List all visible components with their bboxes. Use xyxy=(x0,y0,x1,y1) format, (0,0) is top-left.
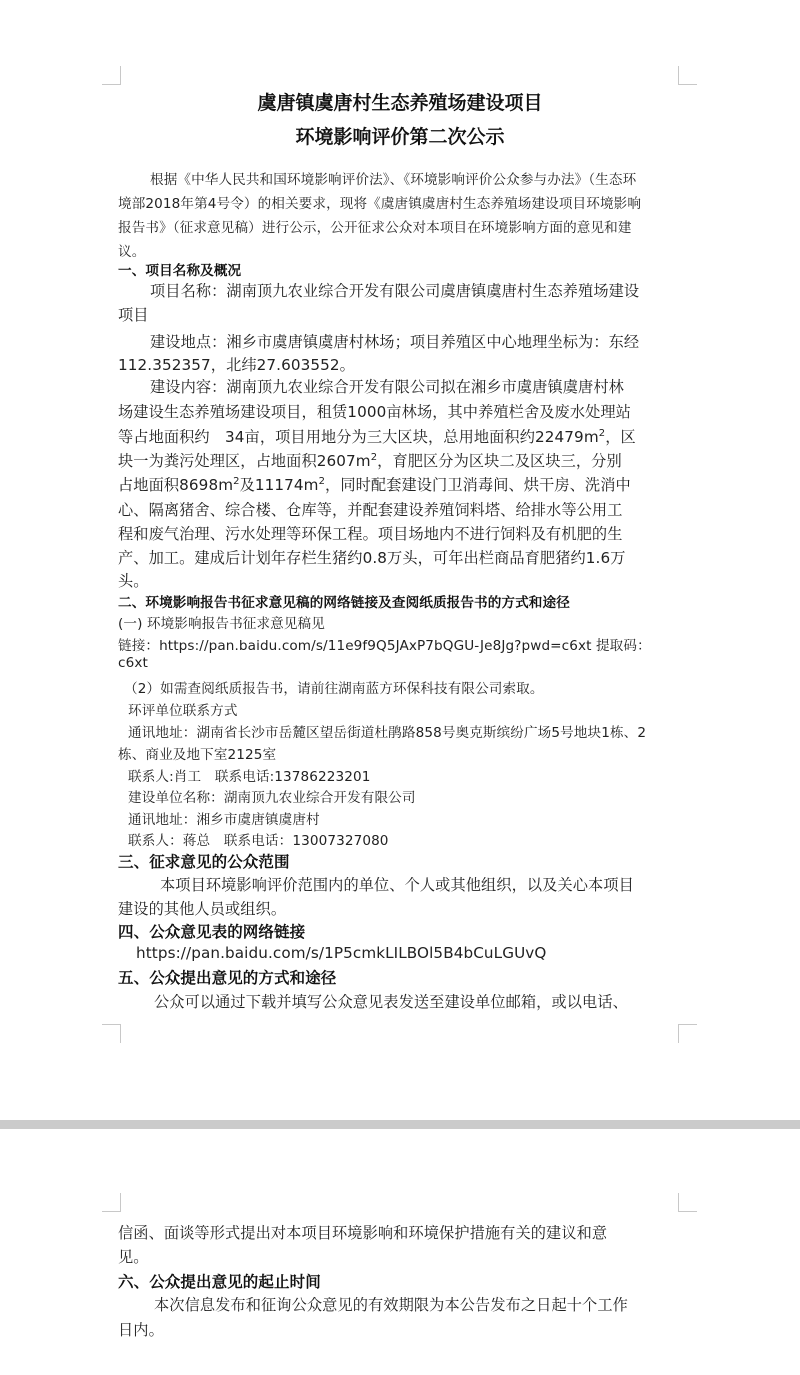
public-scope-line: 本项目环境影响评价范围内的单位、个人或其他组织，以及关心本项目 xyxy=(160,874,730,895)
text-segment: 及11174m xyxy=(240,476,319,494)
text-segment: 块一为粪污处理区，占地面积2607m xyxy=(118,452,371,470)
crop-mark-top-right xyxy=(678,66,697,85)
construction-content-line: 心、隔离猪舍、综合楼、仓库等，并配套建设养殖饲料塔、给排水等公用工 xyxy=(118,499,688,520)
section-6-heading: 六、公众提出意见的起止时间 xyxy=(118,1270,688,1292)
construction-content-line: 等占地面积约 34亩，项目用地分为三大区块，总用地面积约22479m2，区 xyxy=(118,426,688,447)
builder-contact: 联系人：蒋总 联系电话：13007327080 xyxy=(128,829,698,849)
period-line: 日内。 xyxy=(118,1319,688,1340)
crop-mark-bottom-right xyxy=(678,1024,697,1043)
construction-content-line: 建设内容：湖南顶九农业综合开发有限公司拟在湘乡市虞唐镇虞唐村林 xyxy=(150,376,720,397)
text-segment: ，区 xyxy=(605,428,636,446)
document-title-line-2: 环境影响评价第二次公示 xyxy=(0,122,800,149)
construction-content-line: 块一为粪污处理区，占地面积2607m2，育肥区分为区块二及区块三，分别 xyxy=(118,450,688,471)
report-draft-subheading: (一) 环境影响报告书征求意见稿见 xyxy=(118,612,688,632)
intro-paragraph-line: 议。 xyxy=(118,240,688,260)
crop-mark-top-right xyxy=(678,1193,697,1212)
crop-mark-top-left xyxy=(102,1193,121,1212)
document-title-line-1: 虞唐镇虞唐村生态养殖场建设项目 xyxy=(0,88,800,115)
extract-code-label: 提取码： xyxy=(596,638,651,654)
extract-code-value: c6xt xyxy=(118,655,688,671)
builder-address: 通讯地址：湘乡市虞唐镇虞唐村 xyxy=(128,808,698,828)
submission-method-line: 公众可以通过下载并填写公众意见表发送至建设单位邮箱，或以电话、 xyxy=(154,991,724,1012)
submission-method-line: 见。 xyxy=(118,1246,688,1267)
link-label: 链接： xyxy=(118,638,159,654)
submission-method-line: 信函、面谈等形式提出对本项目环境影响和环境保护措施有关的建议和意 xyxy=(118,1222,688,1243)
text-segment: 占地面积8698m xyxy=(118,476,233,494)
intro-paragraph-line: 报告书》（征求意见稿）进行公示，公开征求公众对本项目在环境影响方面的意见和建 xyxy=(118,216,688,236)
crop-mark-top-left xyxy=(102,66,121,85)
construction-content-line: 占地面积8698m2及11174m2，同时配套建设门卫消毒间、烘干房、洗消中 xyxy=(118,474,688,495)
section-1-heading: 一、项目名称及概况 xyxy=(118,259,688,279)
period-line: 本次信息发布和征询公众意见的有效期限为本公告发布之日起十个工作 xyxy=(154,1294,724,1315)
document-page-2: 信函、面谈等形式提出对本项目环境影响和环境保护措施有关的建议和意 见。 六、公众… xyxy=(0,1129,800,1375)
construction-content-line: 产、加工。建成后计划年存栏生猪约0.8万头，可年出栏商品育肥猪约1.6万 xyxy=(118,547,688,568)
project-location-line: 112.352357，北纬27.603552。 xyxy=(118,354,688,375)
project-location-line: 建设地点：湘乡市虞唐镇虞唐村林场；项目养殖区中心地理坐标为：东经 xyxy=(150,331,720,352)
eia-contact-heading: 环评单位联系方式 xyxy=(128,699,698,719)
section-3-heading: 三、征求意见的公众范围 xyxy=(118,850,688,872)
section-4-heading: 四、公众意见表的网络链接 xyxy=(118,920,688,942)
section-2-heading: 二、环境影响报告书征求意见稿的网络链接及查阅纸质报告书的方式和途径 xyxy=(118,591,688,611)
project-name-line: 项目名称：湖南顶九农业综合开发有限公司虞唐镇虞唐村生态养殖场建设 xyxy=(150,280,720,301)
report-draft-link[interactable]: https://pan.baidu.com/s/11e9f9Q5JAxP7bQG… xyxy=(159,638,591,654)
intro-paragraph-line: 境部2018年第4号令）的相关要求，现将《虞唐镇虞唐村生态养殖场建设项目环境影响 xyxy=(118,192,688,212)
construction-content-line: 头。 xyxy=(118,570,688,591)
project-name-line: 项目 xyxy=(118,304,688,325)
paper-report-note: （2）如需查阅纸质报告书，请前往湖南蓝方环保科技有限公司索取。 xyxy=(124,677,694,697)
crop-mark-bottom-left xyxy=(102,1024,121,1043)
report-link-line: 链接：https://pan.baidu.com/s/11e9f9Q5JAxP7… xyxy=(118,634,688,654)
page-separator xyxy=(0,1120,800,1129)
builder-name: 建设单位名称：湖南顶九农业综合开发有限公司 xyxy=(128,786,698,806)
text-segment: ，同时配套建设门卫消毒间、烘干房、洗消中 xyxy=(325,476,631,494)
document-page-1: 虞唐镇虞唐村生态养殖场建设项目 环境影响评价第二次公示 根据《中华人民共和国环境… xyxy=(0,0,800,1118)
public-scope-line: 建设的其他人员或组织。 xyxy=(118,898,688,919)
intro-paragraph-line: 根据《中华人民共和国环境影响评价法》、《环境影响评价公众参与办法》（生态环 xyxy=(150,168,720,188)
text-segment: ，育肥区分为区块二及区块三，分别 xyxy=(377,452,622,470)
section-5-heading: 五、公众提出意见的方式和途径 xyxy=(118,966,688,988)
opinion-form-link[interactable]: https://pan.baidu.com/s/1P5cmkLILBOl5B4b… xyxy=(136,944,706,962)
text-segment: 等占地面积约 34亩，项目用地分为三大区块，总用地面积约22479m xyxy=(118,428,599,446)
construction-content-line: 程和废气治理、污水处理等环保工程。项目场地内不进行饲料及有机肥的生 xyxy=(118,523,688,544)
construction-content-line: 场建设生态养殖场建设项目，租赁1000亩林场，其中养殖栏舍及废水处理站 xyxy=(118,401,688,422)
eia-contact-person: 联系人:肖工 联系电话:13786223201 xyxy=(128,765,698,785)
eia-address-line: 通讯地址：湖南省长沙市岳麓区望岳街道杜鹃路858号奥克斯缤纷广场5号地块1栋、2 xyxy=(128,721,698,741)
eia-address-line: 栋、商业及地下室2125室 xyxy=(118,743,688,763)
